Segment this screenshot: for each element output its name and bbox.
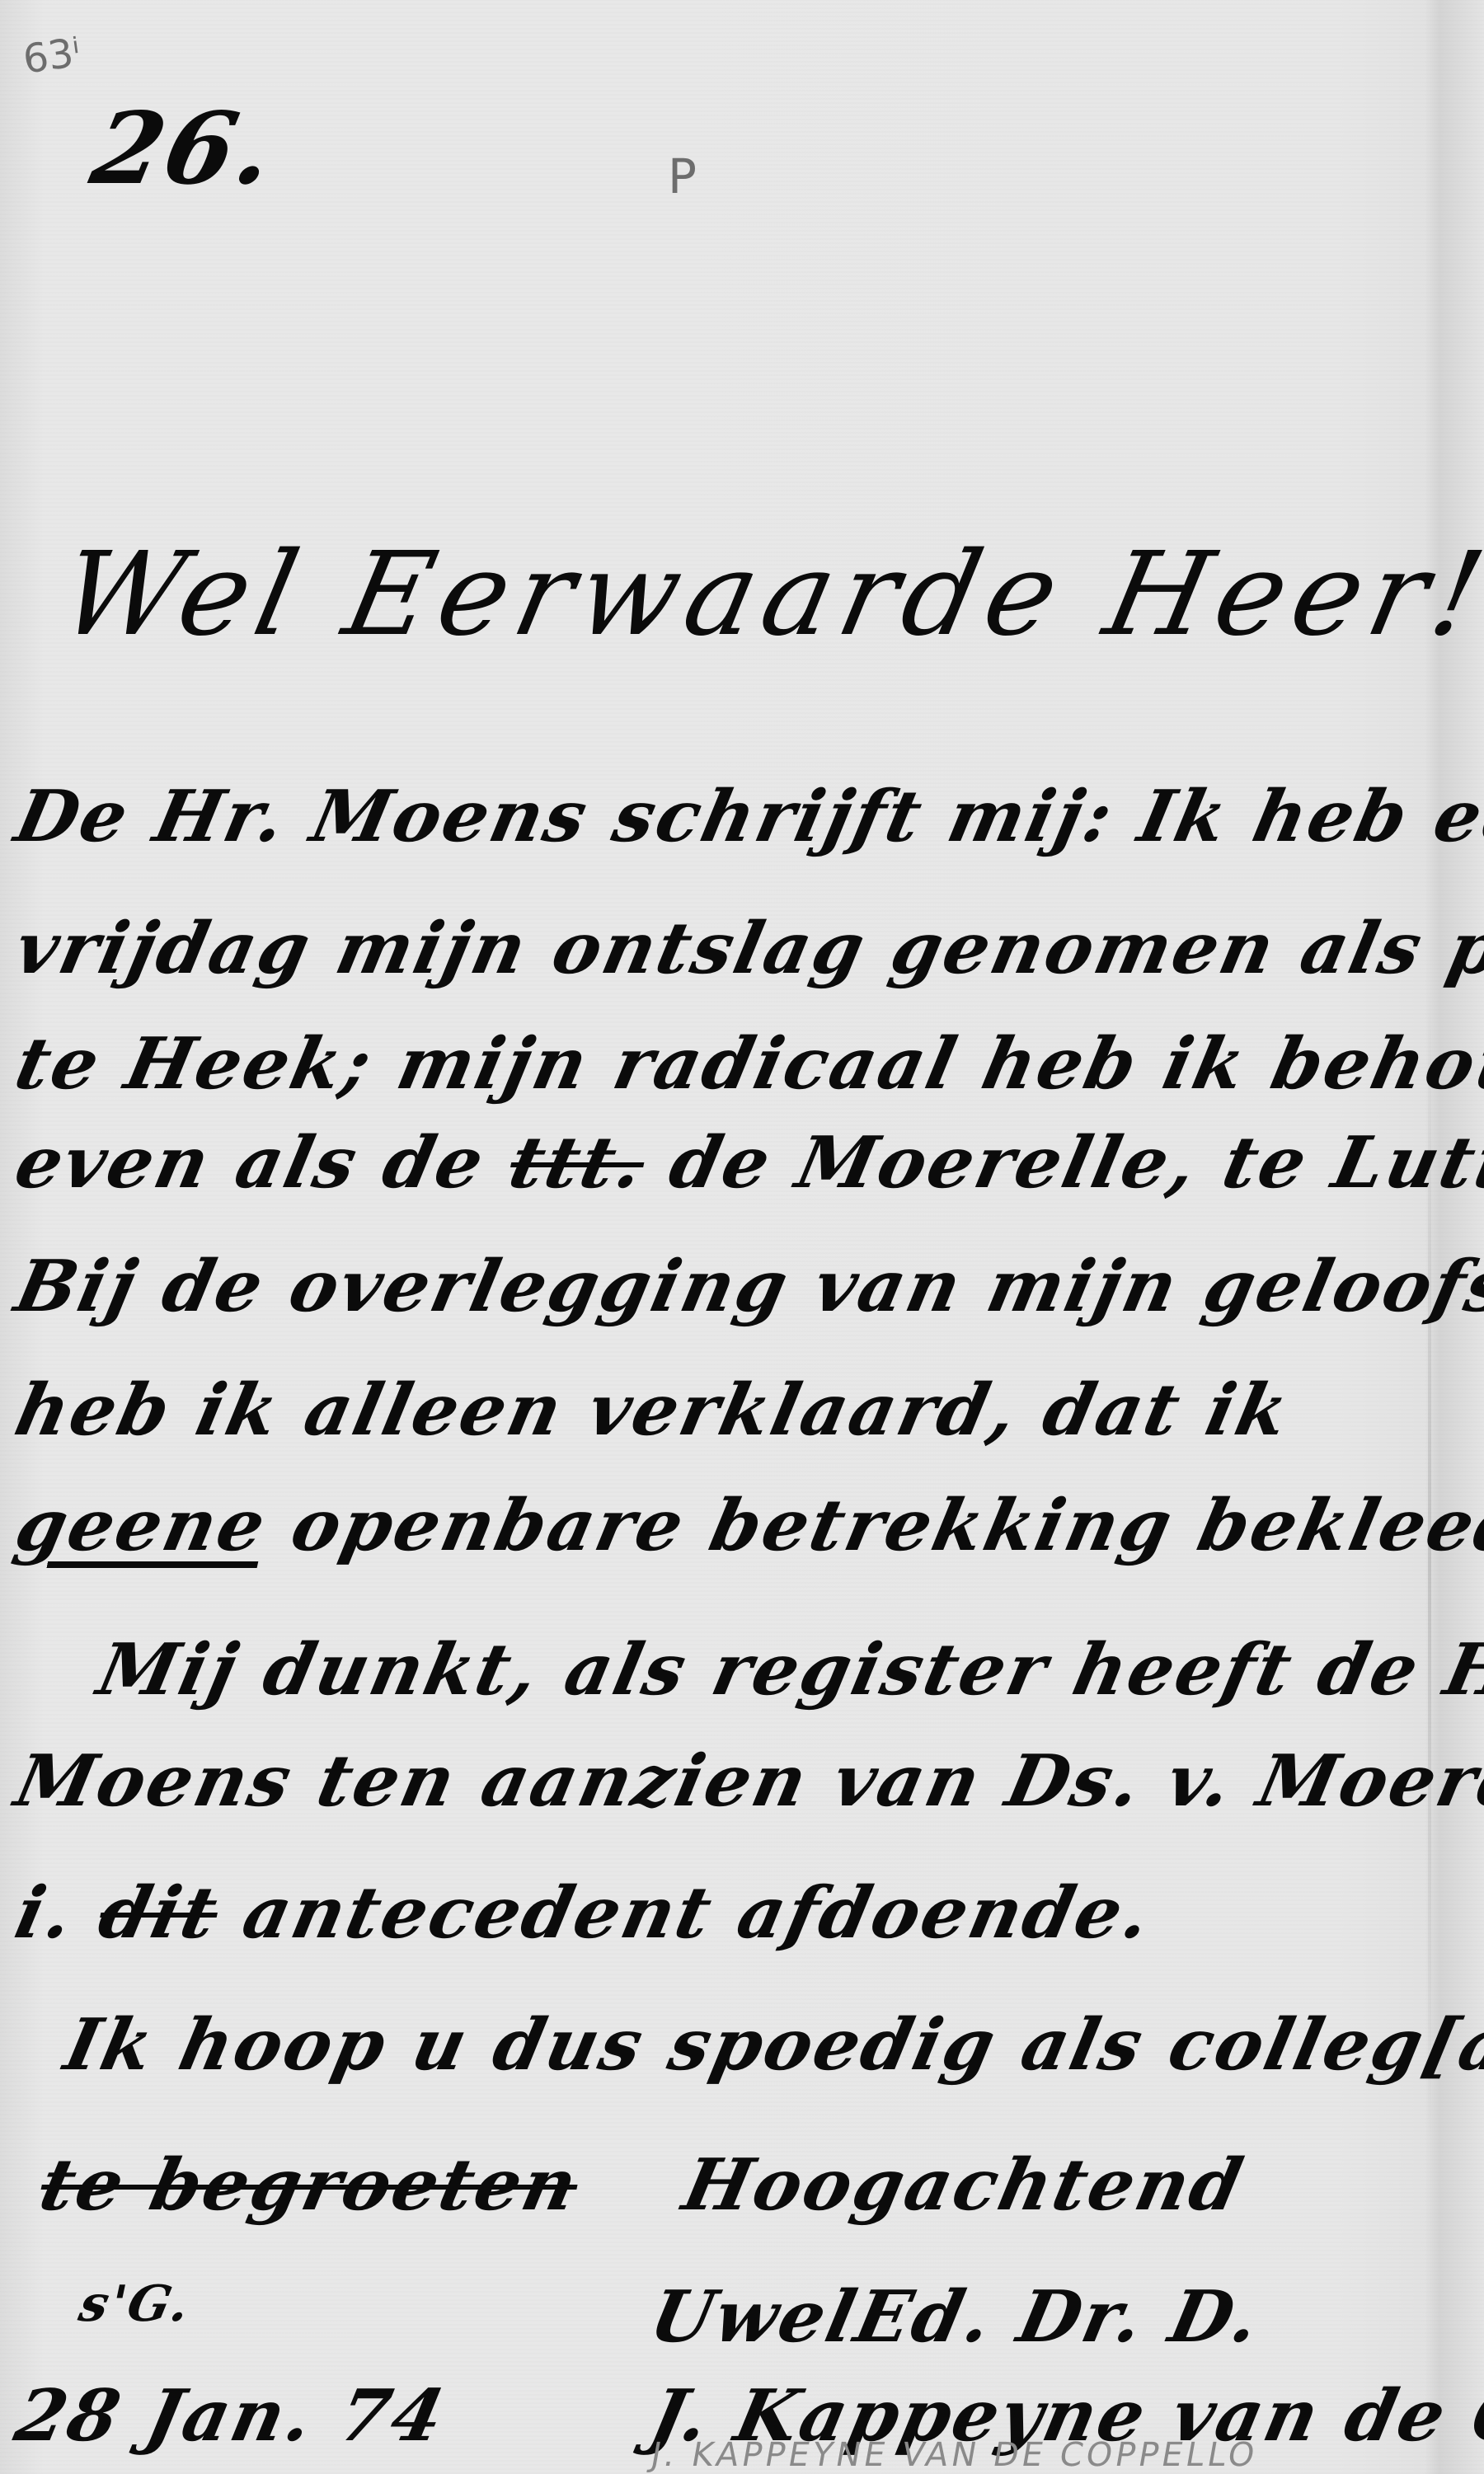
body-line-10-post: antecedent afdoende. <box>209 1871 1159 1955</box>
closing-struck: te begroeten <box>33 2143 586 2227</box>
pencil-mark: P <box>668 148 697 204</box>
place-abbrev: s'G. <box>74 2275 197 2333</box>
struck-text: ttt. <box>502 1121 653 1204</box>
body-line-5: Bij de overlegging van mijn geloofsbrie[… <box>8 1245 1484 1328</box>
body-line-7-post: openbare betrekking bekleedde <box>257 1484 1484 1567</box>
body-line-1: De Hr. Moens schrijft mij: Ik heb ee[n] <box>8 775 1484 858</box>
body-line-7: geene openbare betrekking bekleedde <box>8 1484 1484 1567</box>
body-line-11: Ik hoop u dus spoedig als colleg[a] <box>58 2003 1484 2087</box>
page-number: 26. <box>82 91 287 207</box>
body-line-9: Moens ten aanzien van Ds. v. Moerel <box>8 1739 1484 1823</box>
letter-date: 28 Jan. 74 <box>8 2374 453 2458</box>
paper-background <box>0 0 1484 2474</box>
salutation: Wel Eerwaarde Heer! <box>49 528 1484 662</box>
margin-note: 63ⁱ <box>20 29 83 82</box>
complimentary-close: Hoogachtend <box>676 2143 1252 2227</box>
body-line-4-post: de Moerelle, te Lutte <box>636 1121 1484 1204</box>
title-line: UwelEd. Dr. D. <box>643 2275 1269 2359</box>
body-line-6: heb ik alleen verklaard, dat ik <box>8 1368 1298 1452</box>
body-line-10: i. dit antecedent afdoende. <box>8 1871 1160 1955</box>
underlined-word: geene <box>8 1484 275 1567</box>
body-line-4: even als de ttt. de Moerelle, te Lutte <box>8 1121 1484 1204</box>
body-line-3: te Heek; mijn radicaal heb ik behou[den] <box>8 1022 1484 1106</box>
typed-name-caption: J. KAPPEYNE VAN DE COPPELLO <box>648 2436 1261 2474</box>
body-line-2: vrijdag mijn ontslag genomen als pred[ik… <box>8 907 1484 990</box>
body-line-8: Mij dunkt, als register heeft de H[r.] <box>91 1628 1484 1711</box>
struck-text: dit <box>92 1871 227 1955</box>
body-line-4-pre: even als de <box>8 1121 520 1204</box>
